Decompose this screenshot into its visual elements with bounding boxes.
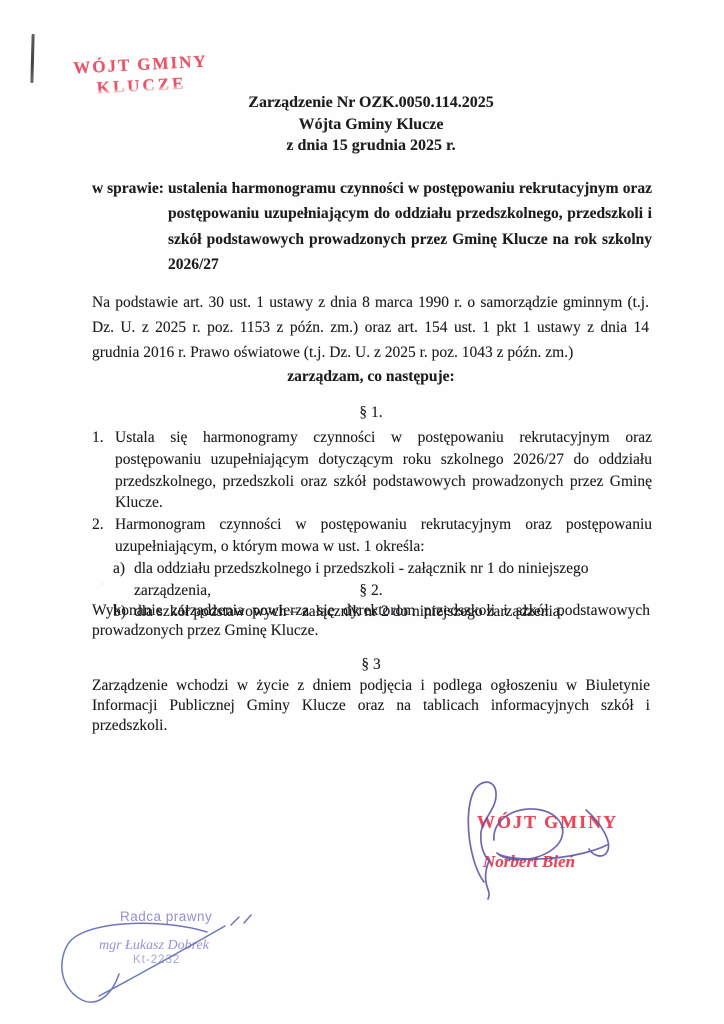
list-item-2-number: 2. — [92, 514, 104, 536]
list-item-2: 2. Harmonogram czynności w postępowaniu … — [92, 514, 652, 558]
list-item-2-text: Harmonogram czynności w postępowaniu rek… — [115, 514, 652, 558]
section-2-heading: § 2. — [92, 582, 650, 600]
subject-text: ustalenia harmonogramu czynności w postę… — [168, 176, 652, 277]
document-title: Zarządzenie Nr OZK.0050.114.2025 Wójta G… — [92, 92, 650, 157]
list-item-1: 1. Ustala się harmonogramy czynności w p… — [92, 427, 652, 514]
list-subitem-a-marker: a) — [113, 558, 125, 580]
legal-basis-paragraph: Na podstawie art. 30 ust. 1 ustawy z dni… — [92, 290, 649, 365]
ordering-clause: zarządzam, co następuje: — [92, 368, 650, 386]
scan-artifact-line — [30, 34, 34, 83]
section-1-heading: § 1. — [92, 404, 650, 422]
title-number: Zarządzenie Nr OZK.0050.114.2025 — [92, 92, 650, 114]
list-item-1-text: Ustala się harmonogramy czynności w post… — [115, 427, 652, 514]
list-item-1-number: 1. — [92, 427, 104, 449]
section-3-paragraph: Zarządzenie wchodzi w życie z dniem podj… — [92, 676, 650, 735]
section-2-paragraph: Wykonanie zarządzenia powierza się dyrek… — [92, 601, 650, 641]
counsel-signature-ink — [55, 912, 255, 1012]
subject-block: w sprawie: ustalenia harmonogramu czynno… — [92, 176, 652, 277]
subject-label: w sprawie: — [92, 176, 164, 201]
mayor-signature-ink — [450, 772, 640, 902]
scanned-document-page: · WÓJT GMINY KLUCZE Zarządzenie Nr OZK.0… — [0, 0, 724, 1024]
section-3-heading: § 3 — [92, 656, 650, 674]
title-date: z dnia 15 grudnia 2025 r. — [92, 135, 650, 157]
title-issuer: Wójta Gminy Klucze — [92, 114, 650, 136]
